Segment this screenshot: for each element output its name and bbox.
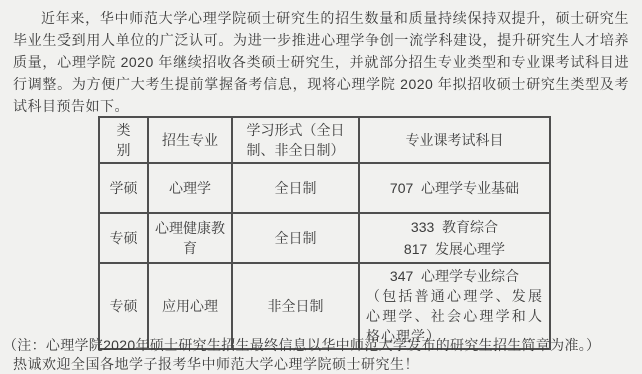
cell-category: 专硕 — [99, 213, 148, 263]
header-category: 类别 — [99, 117, 148, 163]
cell-major: 心理学 — [148, 163, 232, 213]
intro-paragraph: 近年来，华中师范大学心理学院硕士研究生的招生数量和质量持续保持双提升，硕士研究生… — [13, 7, 629, 117]
table-row: 专硕 心理健康教育 全日制 333 教育综合 817 发展心理学 — [99, 213, 550, 263]
admission-table: 类别 招生专业 学习形式（全日制、非全日制） 专业课考试科目 学硕 心理学 全日… — [98, 116, 551, 350]
header-exam-subjects: 专业课考试科目 — [359, 117, 550, 163]
table-header-row: 类别 招生专业 学习形式（全日制、非全日制） 专业课考试科目 — [99, 117, 550, 163]
cell-exam-subjects: 333 教育综合 817 发展心理学 — [359, 213, 550, 263]
header-major: 招生专业 — [148, 117, 232, 163]
cell-exam-subjects: 707 心理学专业基础 — [359, 163, 550, 213]
cell-major: 心理健康教育 — [148, 213, 232, 263]
header-study-format: 学习形式（全日制、非全日制） — [232, 117, 359, 163]
exam-subject-line: 347 心理学专业综合 — [366, 266, 543, 286]
exam-subject-line: 817 发展心理学 — [366, 238, 543, 260]
table-row: 学硕 心理学 全日制 707 心理学专业基础 — [99, 163, 550, 213]
exam-subject-line: 333 教育综合 — [366, 216, 543, 238]
cell-study-format: 全日制 — [232, 163, 359, 213]
closing-line: 热诚欢迎全国各地学子报考华中师范大学心理学院硕士研究生！ — [13, 355, 639, 373]
note-line: （注：心理学院2020年硕士研究生招生最终信息以华中师范大学发布的研究生招生简章… — [3, 336, 639, 354]
cell-category: 学硕 — [99, 163, 148, 213]
cell-study-format: 全日制 — [232, 213, 359, 263]
exam-subject-line: 707 心理学专业基础 — [366, 177, 543, 199]
article-page: 近年来，华中师范大学心理学院硕士研究生的招生数量和质量持续保持双提升，硕士研究生… — [0, 0, 642, 374]
